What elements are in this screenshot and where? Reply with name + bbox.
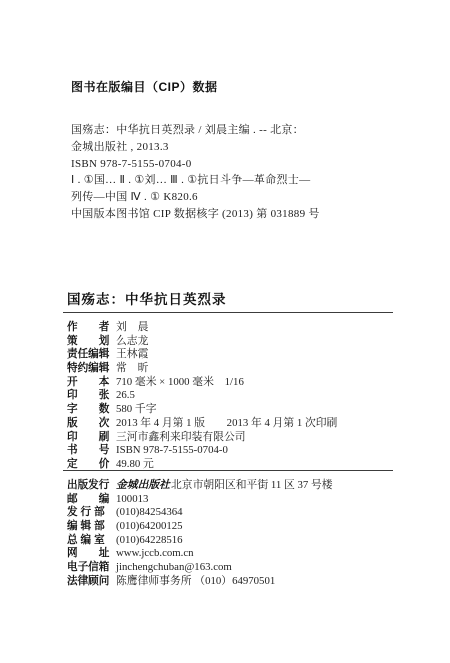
info-value: 580 千字	[116, 403, 157, 417]
cip-line: 列传—中国 Ⅳ . ① K820.6	[71, 189, 401, 206]
cip-line: 国殇志：中华抗日英烈录 / 刘晨主编 . -- 北京：	[71, 122, 401, 139]
cip-section: 图书在版编目（CIP）数据 国殇志：中华抗日英烈录 / 刘晨主编 . -- 北京…	[71, 78, 401, 223]
info-label: 特约编辑	[67, 362, 116, 376]
cip-line: 金城出版社 , 2013.3	[71, 139, 401, 156]
info-label: 网 址	[67, 547, 116, 561]
divider-under-title	[63, 312, 393, 313]
book-copyright-page: 图书在版编目（CIP）数据 国殇志：中华抗日英烈录 / 刘晨主编 . -- 北京…	[0, 0, 450, 663]
info-label: 邮 编	[67, 493, 116, 507]
pub-row-chief-editor-office: 总 编 室 (010)64228516	[67, 534, 407, 548]
info-value: 100013	[116, 493, 148, 507]
book-info-table: 作 者 刘 晨 策 划 么志龙 责任编辑 王林霞 特约编辑 常 昕 开 本 71…	[67, 321, 407, 472]
pub-row-legal-advisor: 法律顾问 陈鹰律师事务所 （010）64970501	[67, 575, 407, 589]
info-row-author: 作 者 刘 晨	[67, 321, 407, 335]
pub-row-website: 网 址 www.jccb.com.cn	[67, 547, 407, 561]
cip-line: ISBN 978-7-5155-0704-0	[71, 156, 401, 173]
info-value: 26.5	[116, 389, 135, 403]
info-value: 常 昕	[116, 362, 148, 376]
publisher-name: 金城出版社	[116, 479, 170, 491]
pub-row-distribution: 出版发行 金城出版社北京市朝阳区和平街 11 区 37 号楼	[67, 479, 407, 493]
pub-row-email: 电子信箱 jinchengchuban@163.com	[67, 561, 407, 575]
info-label: 字 数	[67, 403, 116, 417]
info-value: (010)64200125	[116, 520, 183, 534]
info-label: 法律顾问	[67, 575, 116, 589]
info-label: 责任编辑	[67, 348, 116, 362]
cip-line: Ⅰ . ①国… Ⅱ . ①刘… Ⅲ . ①抗日斗争—革命烈士—	[71, 172, 401, 189]
info-label: 书 号	[67, 444, 116, 458]
website-url: www.jccb.com.cn	[116, 547, 194, 561]
info-row-planner: 策 划 么志龙	[67, 335, 407, 349]
info-row-special-editor: 特约编辑 常 昕	[67, 362, 407, 376]
info-row-printer: 印 刷 三河市鑫利来印装有限公司	[67, 431, 407, 445]
info-label: 印 张	[67, 389, 116, 403]
info-row-responsible-editor: 责任编辑 王林霞	[67, 348, 407, 362]
email-address: jinchengchuban@163.com	[116, 561, 232, 575]
info-label: 编 辑 部	[67, 520, 116, 534]
info-label: 版 次	[67, 417, 116, 431]
info-label: 作 者	[67, 321, 116, 335]
cip-body: 国殇志：中华抗日英烈录 / 刘晨主编 . -- 北京： 金城出版社 , 2013…	[71, 122, 401, 223]
book-title: 国殇志：中华抗日英烈录	[67, 288, 227, 308]
pub-row-postcode: 邮 编 100013	[67, 493, 407, 507]
info-value: (010)84254364	[116, 506, 183, 520]
info-label: 发 行 部	[67, 506, 116, 520]
info-label: 策 划	[67, 335, 116, 349]
info-label: 电子信箱	[67, 561, 116, 575]
divider-above-publisher	[63, 470, 393, 471]
info-value: (010)64228516	[116, 534, 183, 548]
info-label: 出版发行	[67, 479, 116, 493]
cip-heading: 图书在版编目（CIP）数据	[71, 78, 401, 95]
info-value: 王林霞	[116, 348, 148, 362]
info-value: 710 毫米 × 1000 毫米 1/16	[116, 376, 244, 390]
info-row-isbn: 书 号 ISBN 978-7-5155-0704-0	[67, 444, 407, 458]
info-row-word-count: 字 数 580 千字	[67, 403, 407, 417]
info-value: ISBN 978-7-5155-0704-0	[116, 444, 228, 458]
info-row-edition: 版 次 2013 年 4 月第 1 版 2013 年 4 月第 1 次印刷	[67, 417, 407, 431]
info-row-sheets: 印 张 26.5	[67, 389, 407, 403]
publisher-name-and-address: 金城出版社北京市朝阳区和平街 11 区 37 号楼	[116, 479, 333, 493]
info-value: 陈鹰律师事务所 （010）64970501	[116, 575, 275, 589]
info-label: 印 刷	[67, 431, 116, 445]
info-label: 总 编 室	[67, 534, 116, 548]
info-value: 2013 年 4 月第 1 版 2013 年 4 月第 1 次印刷	[116, 417, 337, 431]
info-row-format: 开 本 710 毫米 × 1000 毫米 1/16	[67, 376, 407, 390]
info-value: 么志龙	[116, 335, 148, 349]
publisher-address: 北京市朝阳区和平街 11 区 37 号楼	[171, 479, 333, 491]
info-label: 开 本	[67, 376, 116, 390]
info-value: 三河市鑫利来印装有限公司	[116, 431, 246, 445]
pub-row-distribution-dept: 发 行 部 (010)84254364	[67, 506, 407, 520]
publisher-info-table: 出版发行 金城出版社北京市朝阳区和平街 11 区 37 号楼 邮 编 10001…	[67, 479, 407, 589]
info-value: 刘 晨	[116, 321, 148, 335]
pub-row-editorial-dept: 编 辑 部 (010)64200125	[67, 520, 407, 534]
cip-line: 中国版本图书馆 CIP 数据核字 (2013) 第 031889 号	[71, 206, 401, 223]
